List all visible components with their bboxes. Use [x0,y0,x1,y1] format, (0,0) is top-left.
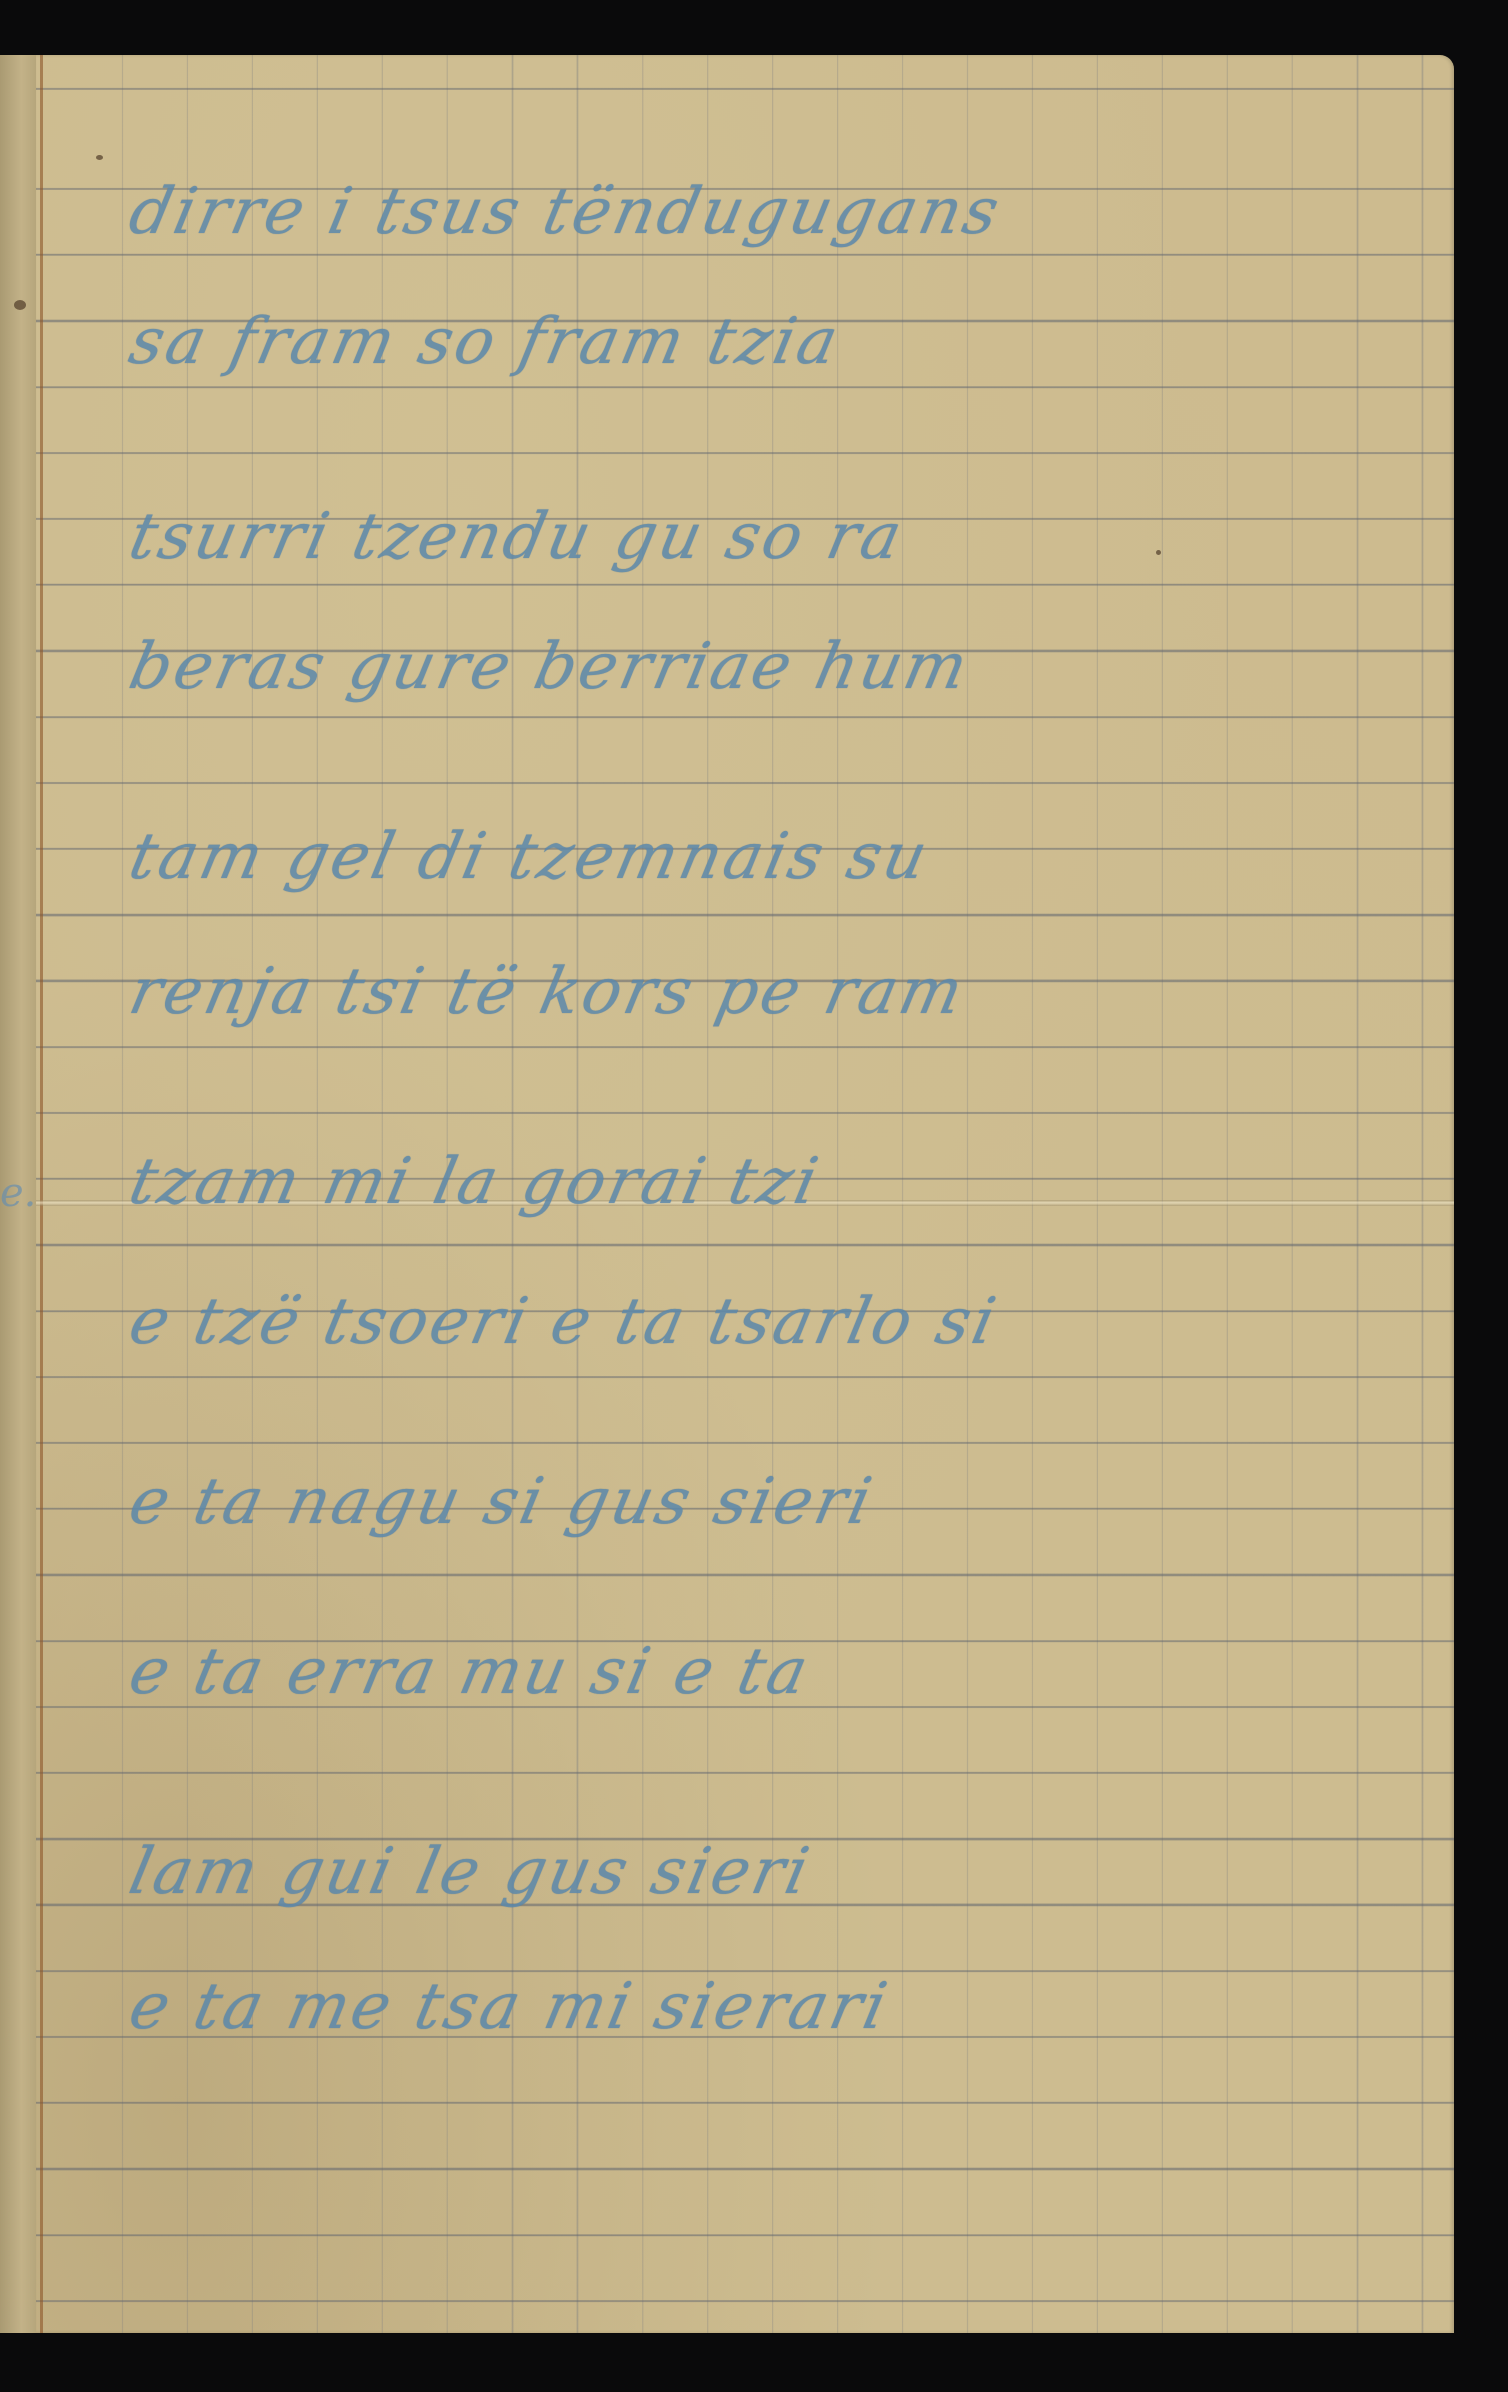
handwritten-line-2: sa fram so fram tzia [123,305,847,379]
margin-rule [40,55,43,2333]
handwritten-line-10: e ta erra mu si e ta [123,1635,817,1709]
ink-spot [96,155,103,160]
handwritten-line-5: tam gel di tzemnais su [123,820,936,894]
handwritten-line-3: tsurri tzendu gu so ra [123,500,911,574]
handwritten-line-11: lam gui le gus sieri [123,1835,818,1909]
handwritten-line-8: e tzë tsoeri e ta tsarlo si [123,1285,1004,1359]
handwritten-line-9: e ta nagu si gus sieri [123,1465,880,1539]
margin-handwriting: e. [0,1170,36,1216]
handwritten-line-1: dirre i tsus tëndugugans [123,175,1008,249]
handwritten-line-4: beras gure berriae hum [123,630,977,704]
handwritten-line-6: renja tsi të kors pe ram [123,955,972,1029]
ink-spot [1156,550,1161,555]
ink-spot [14,300,26,310]
handwritten-line-12: e ta me tsa mi sierari [123,1970,896,2044]
letter-page: dirre i tsus tëndugugans sa fram so fram… [36,55,1454,2333]
handwritten-line-7: tzam mi la gorai tzi [123,1145,827,1219]
